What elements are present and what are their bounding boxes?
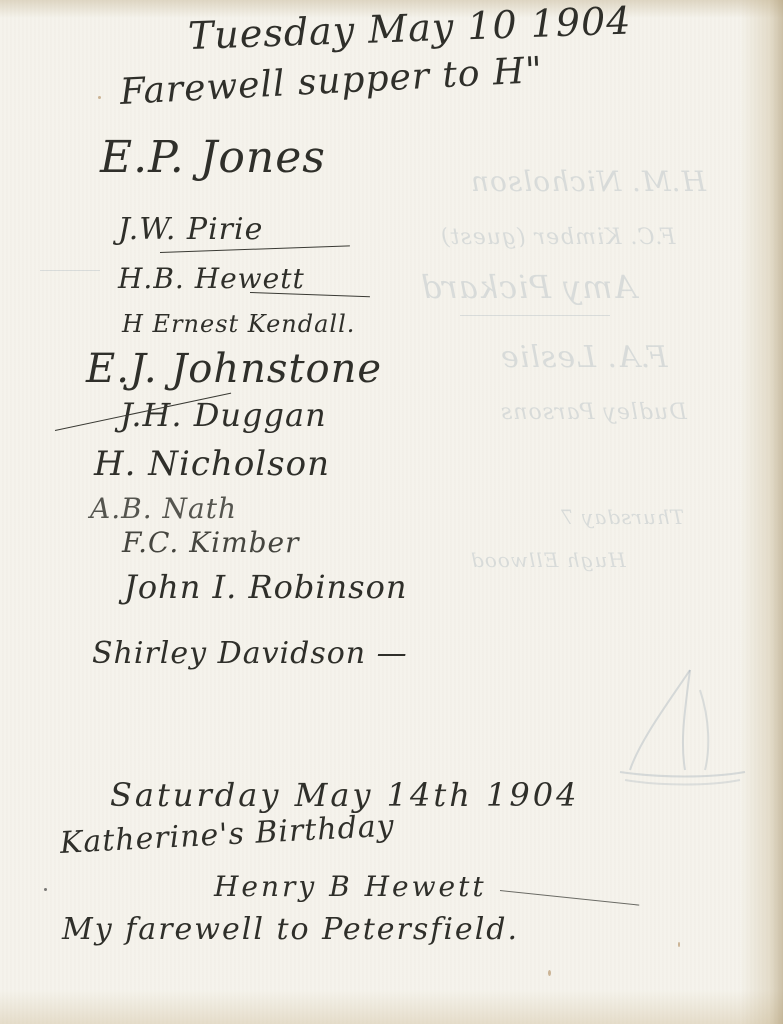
entry-2-occasion: Katherine's Birthday <box>59 808 395 860</box>
paper-speck <box>548 970 551 976</box>
signature: F.C. Kimber <box>122 526 300 559</box>
signature: A.B. Nath <box>90 492 237 525</box>
bleed-through-line: Dudley Parsons <box>500 400 687 425</box>
entry-2-date: Saturday May 14th 1904 <box>110 776 579 814</box>
bleed-through-line <box>40 270 100 271</box>
signature: E.P. Jones <box>100 132 326 183</box>
autograph-book-page: H.M. Nicholson F.C. Kimber (guest) Amy P… <box>0 0 783 1024</box>
signature: Shirley Davidson — <box>92 636 408 671</box>
signature: H. Nicholson <box>94 444 330 484</box>
signature: H.B. Hewett <box>118 262 305 295</box>
signature: J.W. Pirie <box>118 212 263 247</box>
entry-1-date: Tuesday May 10 1904 <box>187 0 632 58</box>
signature: H Ernest Kendall. <box>122 310 355 338</box>
signature-flourish <box>500 890 639 906</box>
entry-2-signature: Henry B Hewett <box>214 870 487 903</box>
signature: J.H. Duggan <box>120 396 327 434</box>
paper-speck <box>44 888 47 891</box>
paper-speck <box>98 96 101 99</box>
signature: John I. Robinson <box>124 568 407 606</box>
bleed-through-line: Thursday 7 <box>560 505 684 529</box>
bleed-through-line: F.C. Kimber (guest) <box>440 225 675 250</box>
entry-2-note: My farewell to Petersfield. <box>62 912 519 947</box>
bleed-through-line: Amy Pickard <box>420 268 637 306</box>
signature: E.J. Johnstone <box>86 346 382 392</box>
bleed-through-line: F.A. Leslie <box>500 340 667 375</box>
bleed-through-line: H.M. Nicholson <box>470 165 706 198</box>
bleed-through-underline <box>460 315 610 316</box>
sailboat-sketch-bleed-through <box>600 660 750 790</box>
entry-1-occasion: Farewell supper to H" <box>119 50 544 113</box>
paper-speck <box>678 942 680 947</box>
bleed-through-line: Hugh Ellwood <box>470 548 626 572</box>
